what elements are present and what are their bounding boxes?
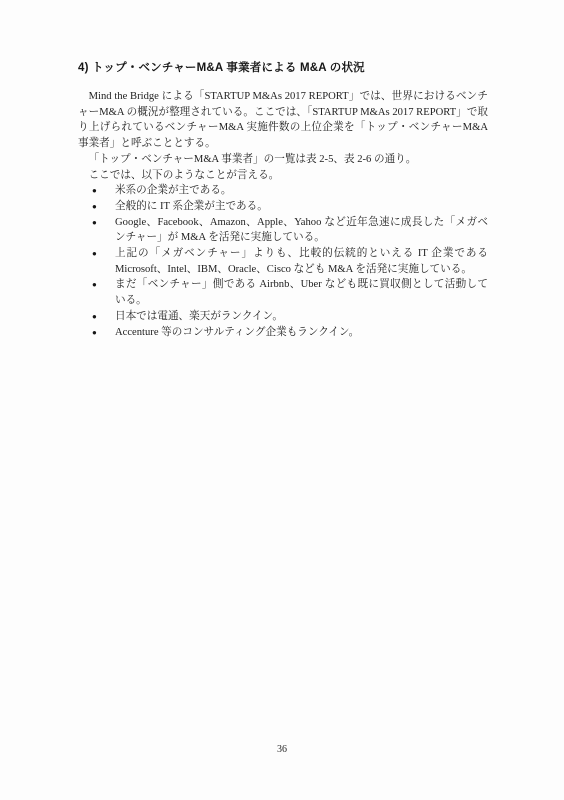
page-content: 4) トップ・ベンチャーM&A 事業者による M&A の状況 Mind the … (78, 60, 488, 340)
bullet-item: ● 上記の「メガベンチャー」よりも、比較的伝統的といえる IT 企業である Mi… (78, 246, 488, 277)
bullet-item: ● Accenture 等のコンサルティング企業もランクイン。 (78, 325, 488, 341)
bullet-item: ● まだ「ベンチャー」側である Airbnb、Uber なども既に買収側として活… (78, 277, 488, 308)
bullet-icon: ● (92, 215, 97, 231)
bullet-icon: ● (92, 325, 97, 341)
document-page: 4) トップ・ベンチャーM&A 事業者による M&A の状況 Mind the … (0, 0, 564, 800)
body-text: Mind the Bridge による「STARTUP M&As 2017 RE… (78, 89, 488, 340)
bullet-text: Accenture 等のコンサルティング企業もランクイン。 (115, 327, 359, 338)
bullet-text: 全般的に IT 系企業が主である。 (115, 201, 268, 212)
bullet-list: ● 米系の企業が主である。 ● 全般的に IT 系企業が主である。 ● Goog… (78, 183, 488, 340)
bullet-item: ● 全般的に IT 系企業が主である。 (78, 199, 488, 215)
bullet-item: ● 日本では電通、楽天がランクイン。 (78, 309, 488, 325)
bullet-text: 日本では電通、楽天がランクイン。 (115, 311, 283, 322)
section-heading: 4) トップ・ベンチャーM&A 事業者による M&A の状況 (78, 60, 488, 76)
paragraph-table-reference: 「トップ・ベンチャーM&A 事業者」の一覧は表 2-5、表 2-6 の通り。 (78, 152, 488, 168)
bullet-item: ● 米系の企業が主である。 (78, 183, 488, 199)
bullet-icon: ● (92, 199, 97, 215)
bullet-item: ● Google、Facebook、Amazon、Apple、Yahoo など近… (78, 215, 488, 246)
bullet-icon: ● (92, 183, 97, 199)
bullet-icon: ● (92, 309, 97, 325)
bullet-text: 上記の「メガベンチャー」よりも、比較的伝統的といえる IT 企業である Micr… (115, 248, 488, 275)
bullet-text: Google、Facebook、Amazon、Apple、Yahoo など近年急… (115, 217, 488, 244)
bullet-text: 米系の企業が主である。 (115, 185, 232, 196)
paragraph-intro: Mind the Bridge による「STARTUP M&As 2017 RE… (78, 89, 488, 152)
paragraph-lead-in: ここでは、以下のようなことが言える。 (78, 168, 488, 184)
bullet-text: まだ「ベンチャー」側である Airbnb、Uber なども既に買収側として活動し… (115, 279, 488, 306)
bullet-icon: ● (92, 246, 97, 262)
page-number: 36 (0, 744, 564, 756)
bullet-icon: ● (92, 277, 97, 293)
